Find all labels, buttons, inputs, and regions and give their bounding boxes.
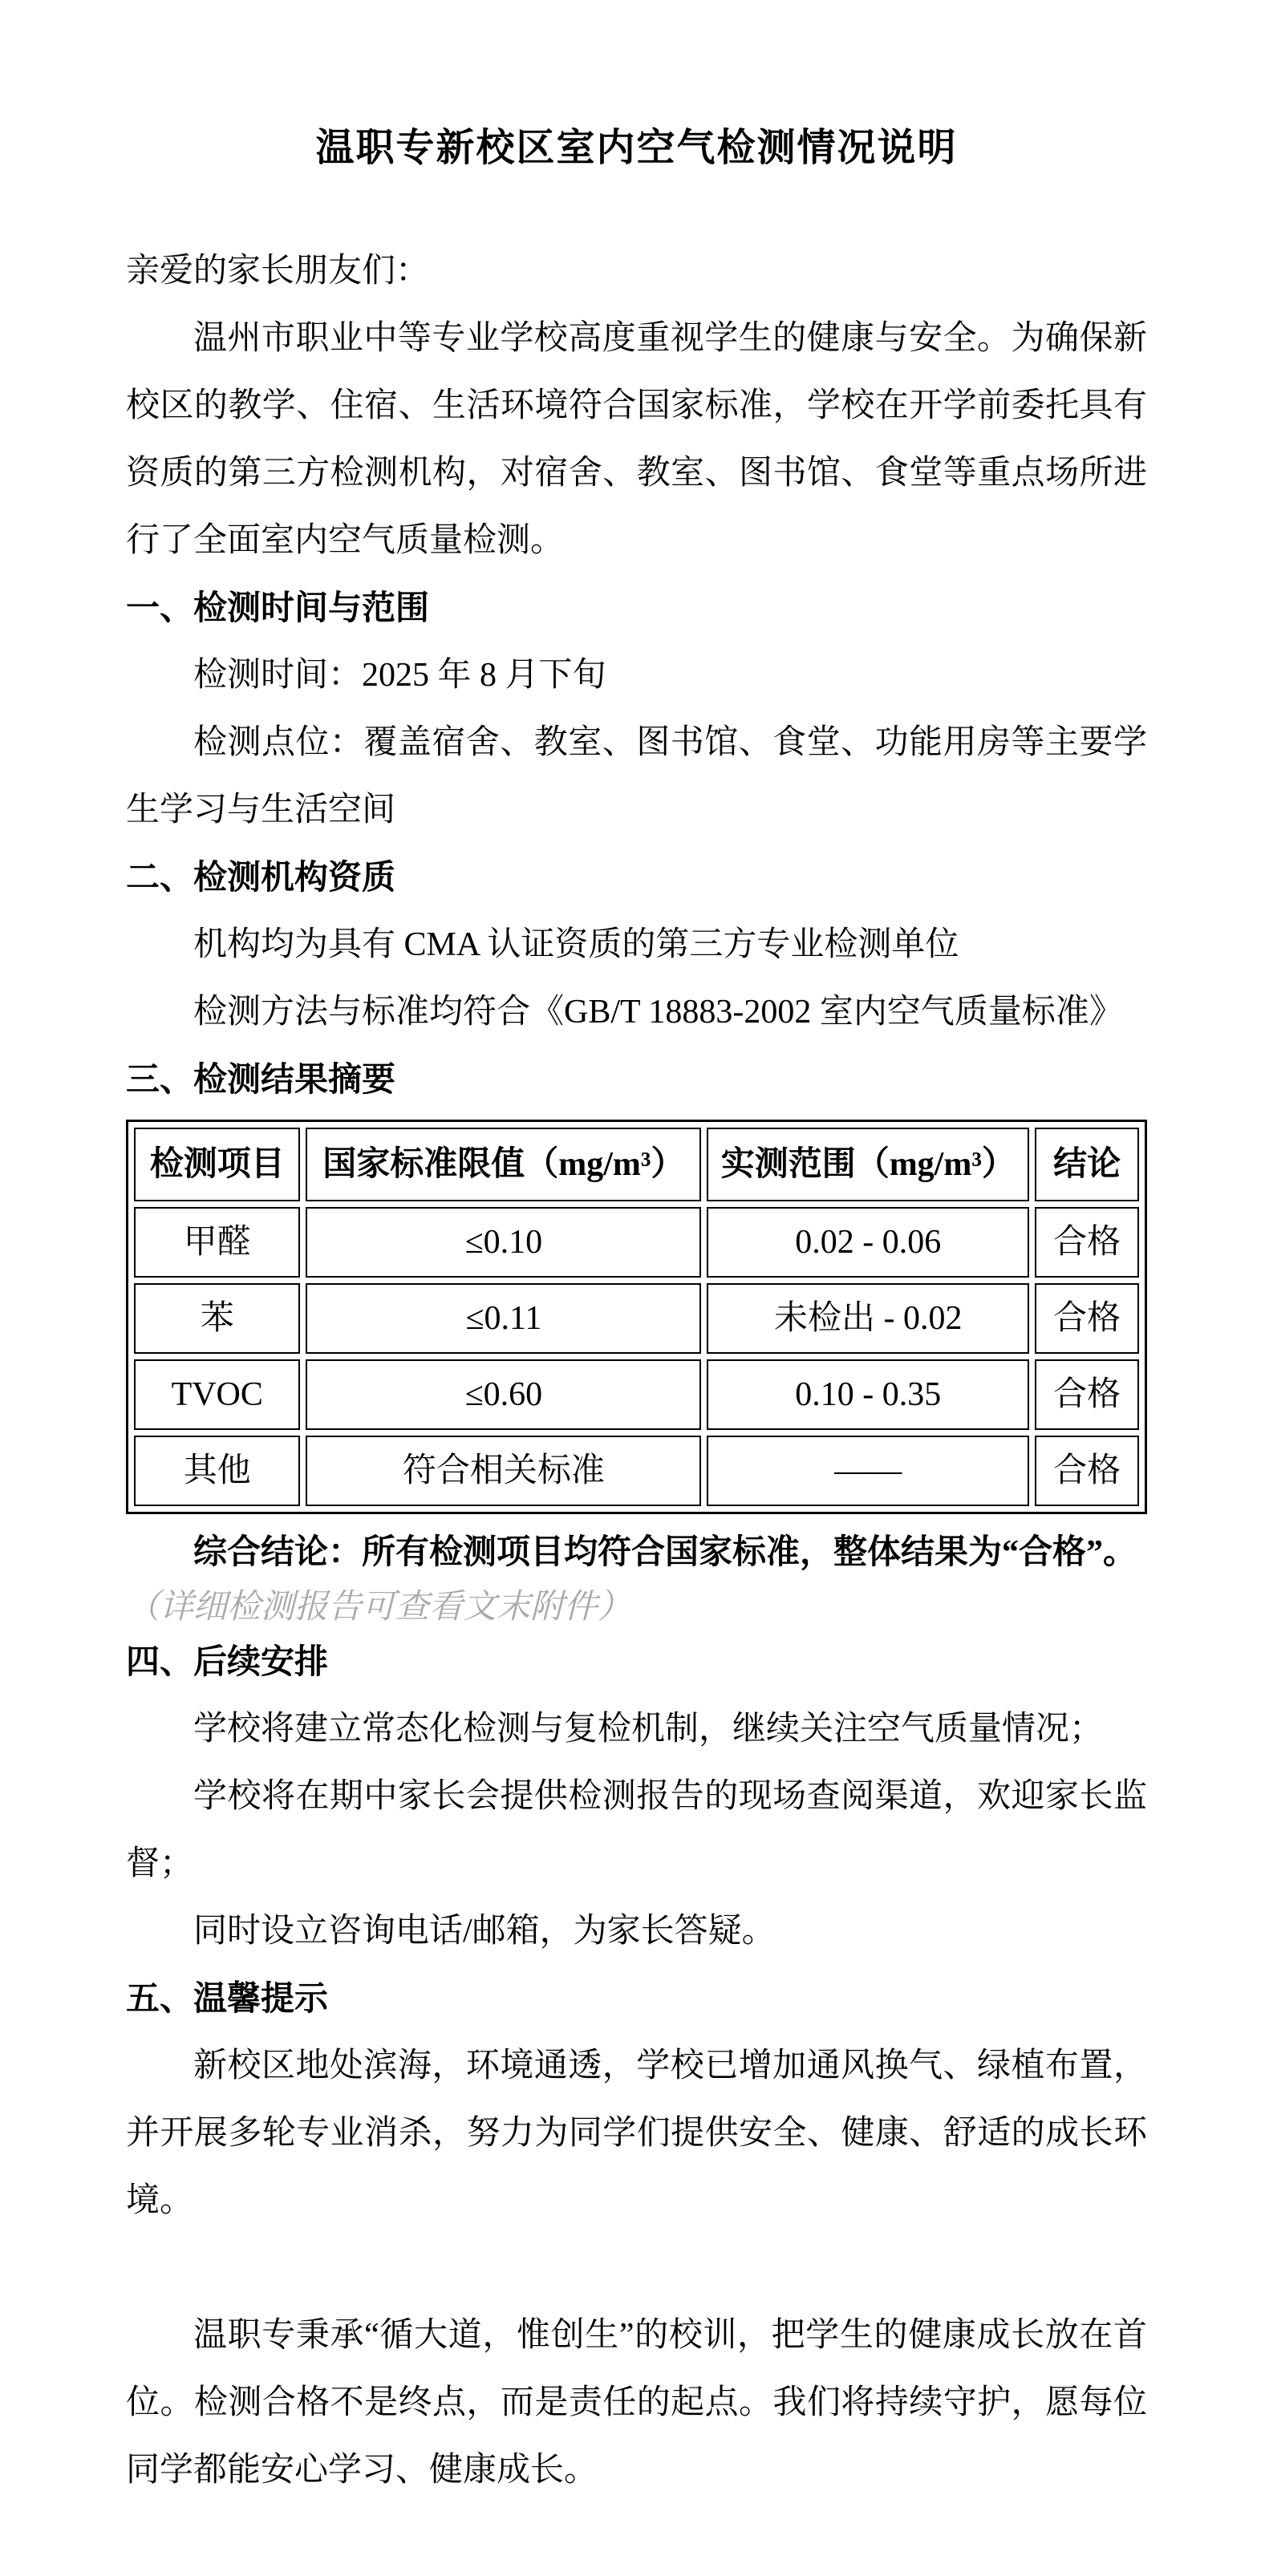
table-cell-limit: ≤0.60	[306, 1359, 701, 1430]
table-cell-verdict: 合格	[1035, 1359, 1139, 1430]
table-cell-item: 其他	[134, 1436, 300, 1506]
table-cell-range: ——	[707, 1436, 1029, 1506]
followup-item: 学校将建立常态化检测与复检机制，继续关注空气质量情况；	[126, 1695, 1147, 1763]
table-cell-limit: 符合相关标准	[306, 1436, 701, 1506]
table-cell-limit: ≤0.11	[306, 1283, 701, 1354]
table-header-item: 检测项目	[134, 1128, 300, 1201]
table-cell-range: 未检出 - 0.02	[707, 1283, 1029, 1354]
table-cell-verdict: 合格	[1035, 1207, 1139, 1278]
document-page: 温职专新校区室内空气检测情况说明 亲爱的家长朋友们： 温州市职业中等专业学校高度…	[0, 0, 1273, 2576]
table-cell-verdict: 合格	[1035, 1283, 1139, 1354]
salutation: 亲爱的家长朋友们：	[126, 237, 1147, 305]
table-cell-range: 0.10 - 0.35	[707, 1359, 1029, 1430]
table-cell-item: 甲醛	[134, 1207, 300, 1278]
section-4-heading: 四、后续安排	[126, 1628, 1147, 1695]
results-table: 检测项目 国家标准限值（mg/m³） 实测范围（mg/m³） 结论 甲醛 ≤0.…	[126, 1120, 1147, 1514]
table-cell-verdict: 合格	[1035, 1436, 1139, 1506]
section-2-heading: 二、检测机构资质	[126, 844, 1147, 911]
table-cell-limit: ≤0.10	[306, 1207, 701, 1278]
table-cell-range: 0.02 - 0.06	[707, 1207, 1029, 1278]
followup-item: 同时设立咨询电话/邮箱，为家长答疑。	[126, 1898, 1147, 1965]
table-header-range: 实测范围（mg/m³）	[707, 1128, 1029, 1201]
table-row: 其他 符合相关标准 —— 合格	[134, 1436, 1139, 1506]
closing-paragraph: 温职专秉承“循大道，惟创生”的校训，把学生的健康成长放在首位。检测合格不是终点，…	[126, 2302, 1147, 2504]
table-row: 甲醛 ≤0.10 0.02 - 0.06 合格	[134, 1207, 1139, 1278]
intro-paragraph: 温州市职业中等专业学校高度重视学生的健康与安全。为确保新校区的教学、住宿、生活环…	[126, 305, 1147, 574]
table-row: TVOC ≤0.60 0.10 - 0.35 合格	[134, 1359, 1139, 1430]
table-cell-item: 苯	[134, 1283, 300, 1354]
table-header-limit: 国家标准限值（mg/m³）	[306, 1128, 701, 1201]
section-1-heading: 一、检测时间与范围	[126, 574, 1147, 642]
section-3-heading: 三、检测结果摘要	[126, 1046, 1147, 1113]
table-row: 苯 ≤0.11 未检出 - 0.02 合格	[134, 1283, 1139, 1354]
followup-item: 学校将在期中家长会提供检测报告的现场查阅渠道，欢迎家长监督；	[126, 1763, 1147, 1898]
detection-time-line: 检测时间：2025 年 8 月下旬	[126, 642, 1147, 709]
standard-reference-line: 检测方法与标准均符合《GB/T 18883-2002 室内空气质量标准》	[126, 978, 1147, 1046]
agency-qualification-line: 机构均为具有 CMA 认证资质的第三方专业检测单位	[126, 911, 1147, 978]
tips-paragraph: 新校区地处滨海，环境通透，学校已增加通风换气、绿植布置，并开展多轮专业消杀，努力…	[126, 2032, 1147, 2234]
table-cell-item: TVOC	[134, 1359, 300, 1430]
table-header-verdict: 结论	[1035, 1128, 1139, 1201]
attachment-note: （详细检测报告可查看文末附件）	[126, 1586, 1147, 1628]
detection-scope-line: 检测点位：覆盖宿舍、教室、图书馆、食堂、功能用房等主要学生学习与生活空间	[126, 709, 1147, 844]
overall-conclusion: 综合结论：所有检测项目均符合国家标准，整体结果为“合格”。	[126, 1519, 1147, 1586]
section-5-heading: 五、温馨提示	[126, 1965, 1147, 2032]
table-header-row: 检测项目 国家标准限值（mg/m³） 实测范围（mg/m³） 结论	[134, 1128, 1139, 1201]
page-title: 温职专新校区室内空气检测情况说明	[126, 120, 1147, 176]
